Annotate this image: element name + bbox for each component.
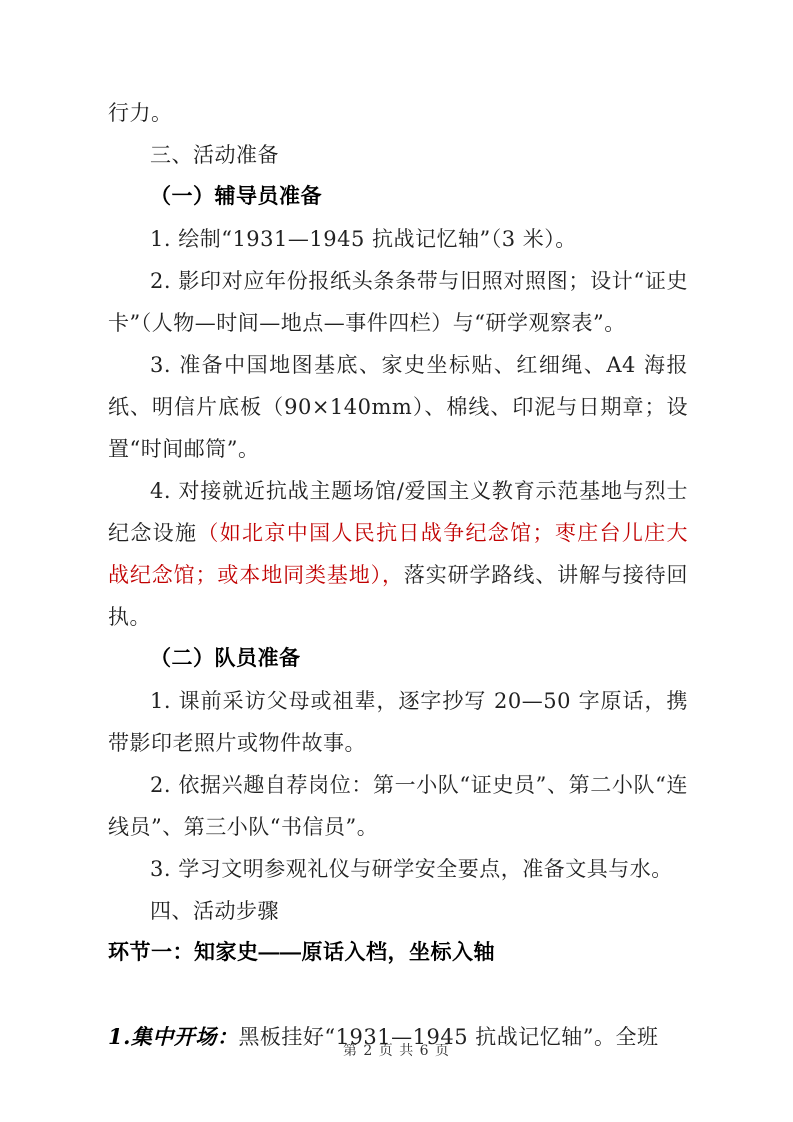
body-paragraph: 2. 依据兴趣自荐岗位：第一小队“证史员”、第二小队“连线员”、第三小队“书信员… bbox=[108, 764, 688, 848]
body-paragraph: 4. 对接就近抗战主题场馆/爱国主义教育示范基地与烈士纪念设施（如北京中国人民抗… bbox=[108, 470, 688, 638]
body-paragraph: 3. 准备中国地图基底、家史坐标贴、红细绳、A4 海报纸、明信片底板（90×14… bbox=[108, 344, 688, 470]
subsection-heading: （二）队员准备 bbox=[108, 638, 688, 680]
stage-heading: 环节一：知家史——原话入档，坐标入轴 bbox=[108, 932, 688, 974]
body-paragraph: 1. 绘制“1931—1945 抗战记忆轴”（3 米）。 bbox=[108, 218, 688, 260]
section-heading: 四、活动步骤 bbox=[108, 890, 688, 932]
document-page: 行力。三、活动准备（一）辅导员准备1. 绘制“1931—1945 抗战记忆轴”（… bbox=[0, 0, 793, 1122]
page-footer: 第 2 页 共 6 页 bbox=[0, 1040, 793, 1062]
page-number-text: 第 2 页 共 6 页 bbox=[343, 1043, 450, 1059]
document-body: 行力。三、活动准备（一）辅导员准备1. 绘制“1931—1945 抗战记忆轴”（… bbox=[108, 92, 688, 1058]
body-paragraph: 3. 学习文明参观礼仪与研学安全要点，准备文具与水。 bbox=[108, 848, 688, 890]
body-paragraph: 2. 影印对应年份报纸头条条带与旧照对照图；设计“证史卡”（人物—时间—地点—事… bbox=[108, 260, 688, 344]
empty-line bbox=[108, 974, 688, 1016]
body-paragraph: 行力。 bbox=[108, 92, 688, 134]
subsection-heading: （一）辅导员准备 bbox=[108, 176, 688, 218]
section-heading: 三、活动准备 bbox=[108, 134, 688, 176]
body-paragraph: 1. 课前采访父母或祖辈，逐字抄写 20—50 字原话，携带影印老照片或物件故事… bbox=[108, 680, 688, 764]
